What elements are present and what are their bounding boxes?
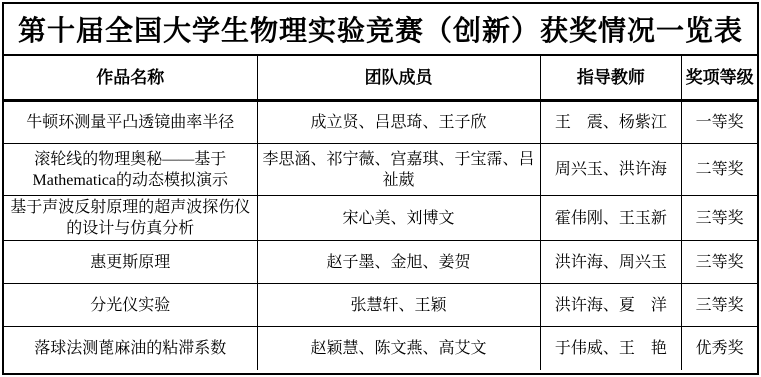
cell-members: 赵子墨、金旭、姜贺 (257, 241, 540, 284)
cell-work: 分光仪实验 (4, 284, 257, 327)
cell-advisors: 霍伟刚、王玉新 (540, 196, 682, 241)
cell-work: 滚轮线的物理奥秘——基于Mathematica的动态模拟演示 (4, 144, 257, 196)
cell-award: 优秀奖 (682, 327, 757, 370)
table-row: 滚轮线的物理奥秘——基于Mathematica的动态模拟演示 李思涵、祁宁薇、宫… (4, 144, 757, 196)
cell-award: 二等奖 (682, 144, 757, 196)
cell-advisors: 于伟威、王 艳 (540, 327, 682, 370)
cell-advisors: 周兴玉、洪许海 (540, 144, 682, 196)
cell-work: 基于声波反射原理的超声波探伤仪的设计与仿真分析 (4, 196, 257, 241)
table-row: 基于声波反射原理的超声波探伤仪的设计与仿真分析 宋心美、刘博文 霍伟刚、王玉新 … (4, 196, 757, 241)
cell-advisors: 洪许海、夏 洋 (540, 284, 682, 327)
awards-table: 作品名称 团队成员 指导教师 奖项等级 牛顿环测量平凸透镜曲率半径 成立贤、吕思… (4, 56, 757, 370)
cell-members: 宋心美、刘博文 (257, 196, 540, 241)
column-header-members: 团队成员 (257, 56, 540, 101)
cell-advisors: 王 震、杨紫江 (540, 101, 682, 144)
cell-award: 一等奖 (682, 101, 757, 144)
document-sheet: 第十届全国大学生物理实验竞赛（创新）获奖情况一览表 作品名称 团队成员 指导教师… (2, 2, 759, 375)
cell-work: 牛顿环测量平凸透镜曲率半径 (4, 101, 257, 144)
cell-award: 三等奖 (682, 241, 757, 284)
cell-members: 赵颖慧、陈文燕、高艾文 (257, 327, 540, 370)
column-header-advisors: 指导教师 (540, 56, 682, 101)
table-row: 分光仪实验 张慧轩、王颖 洪许海、夏 洋 三等奖 (4, 284, 757, 327)
awards-table-header: 作品名称 团队成员 指导教师 奖项等级 (4, 56, 757, 101)
cell-members: 张慧轩、王颖 (257, 284, 540, 327)
column-header-work: 作品名称 (4, 56, 257, 101)
cell-advisors: 洪许海、周兴玉 (540, 241, 682, 284)
header-row: 作品名称 团队成员 指导教师 奖项等级 (4, 56, 757, 101)
cell-award: 三等奖 (682, 284, 757, 327)
column-header-award: 奖项等级 (682, 56, 757, 101)
page-title: 第十届全国大学生物理实验竞赛（创新）获奖情况一览表 (4, 4, 757, 56)
cell-members: 李思涵、祁宁薇、宫嘉琪、于宝霈、吕祉葳 (257, 144, 540, 196)
cell-work: 落球法测蓖麻油的粘滞系数 (4, 327, 257, 370)
table-row: 牛顿环测量平凸透镜曲率半径 成立贤、吕思琦、王子欣 王 震、杨紫江 一等奖 (4, 101, 757, 144)
cell-work: 惠更斯原理 (4, 241, 257, 284)
cell-members: 成立贤、吕思琦、王子欣 (257, 101, 540, 144)
awards-table-body: 牛顿环测量平凸透镜曲率半径 成立贤、吕思琦、王子欣 王 震、杨紫江 一等奖 滚轮… (4, 101, 757, 370)
table-row: 落球法测蓖麻油的粘滞系数 赵颖慧、陈文燕、高艾文 于伟威、王 艳 优秀奖 (4, 327, 757, 370)
cell-award: 三等奖 (682, 196, 757, 241)
table-row: 惠更斯原理 赵子墨、金旭、姜贺 洪许海、周兴玉 三等奖 (4, 241, 757, 284)
